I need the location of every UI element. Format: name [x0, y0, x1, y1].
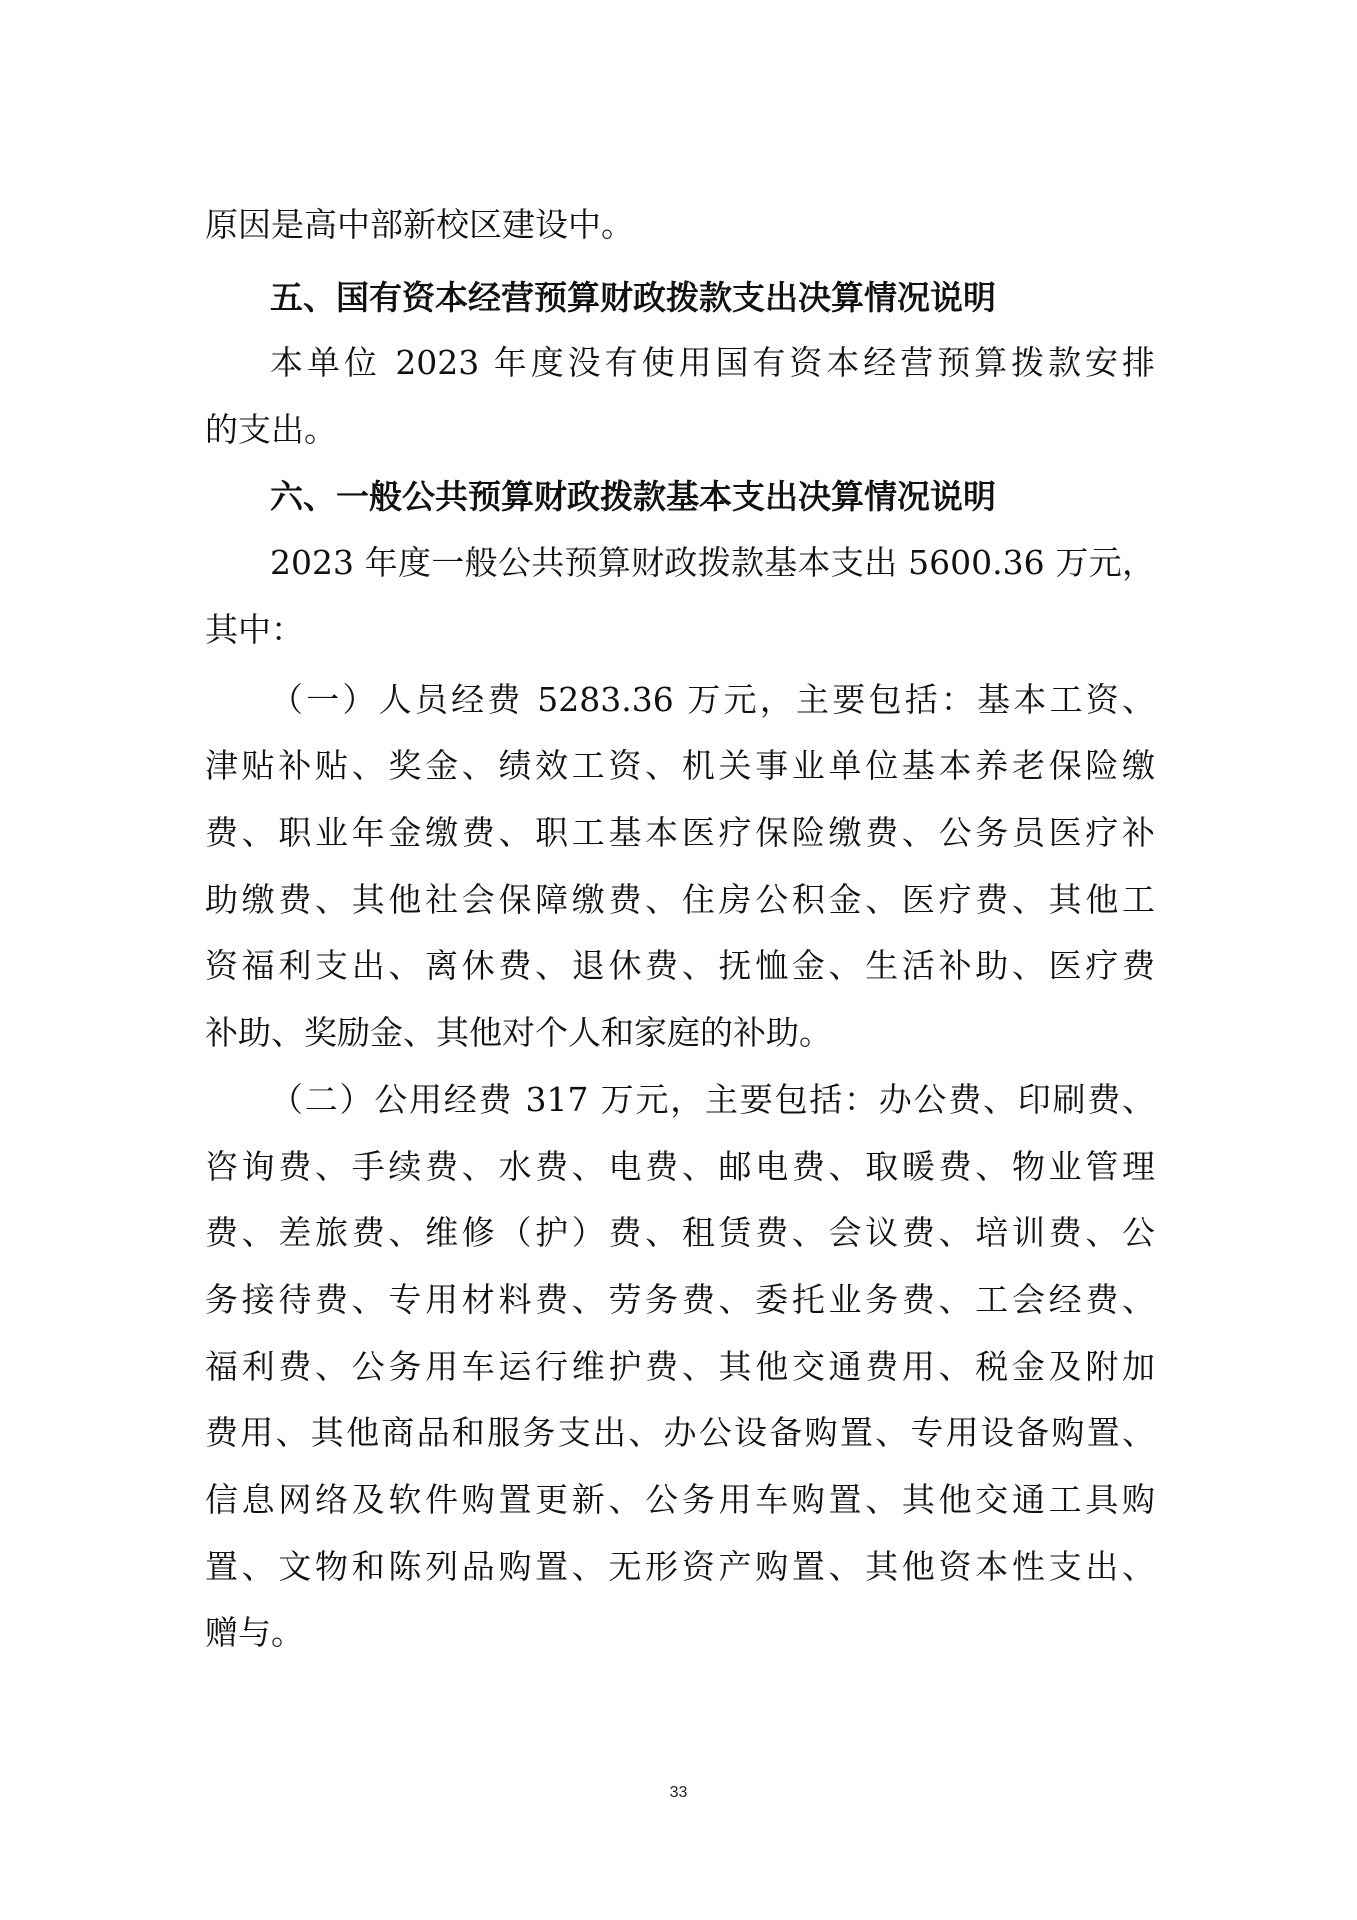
paragraph-line: 2023 年度一般公共预算财政拨款基本支出 5600.36 万元， — [270, 541, 1155, 585]
paragraph-line-personnel-expenses: （一）人员经费 5283.36 万元，主要包括：基本工资、 — [270, 678, 1155, 722]
document-page: 原因是高中部新校区建设中。 五、国有资本经营预算财政拨款支出决算情况说明 本单位… — [0, 0, 1357, 1920]
section-heading-5: 五、国有资本经营预算财政拨款支出决算情况说明 — [270, 276, 1080, 320]
paragraph-line: 信息网络及软件购置更新、公务用车购置、其他交通工具购 — [205, 1478, 1155, 1522]
paragraph-line: 务接待费、专用材料费、劳务费、委托业务费、工会经费、 — [205, 1278, 1155, 1322]
page-number: 33 — [0, 1784, 1357, 1802]
paragraph-line-public-expenses: （二）公用经费 317 万元，主要包括：办公费、印刷费、 — [270, 1078, 1155, 1122]
paragraph-line: 赠与。 — [205, 1611, 1155, 1655]
paragraph-line: 置、文物和陈列品购置、无形资产购置、其他资本性支出、 — [205, 1545, 1155, 1589]
section-heading-6: 六、一般公共预算财政拨款基本支出决算情况说明 — [270, 475, 1080, 519]
paragraph-line: 费、差旅费、维修（护）费、租赁费、会议费、培训费、公 — [205, 1211, 1155, 1255]
paragraph-line: 其中： — [205, 608, 1155, 652]
paragraph-line: 资福利支出、离休费、退休费、抚恤金、生活补助、医疗费 — [205, 944, 1155, 988]
paragraph-line: 助缴费、其他社会保障缴费、住房公积金、医疗费、其他工 — [205, 878, 1155, 922]
paragraph-line: 费、职业年金缴费、职工基本医疗保险缴费、公务员医疗补 — [205, 811, 1155, 855]
paragraph-line: 本单位 2023 年度没有使用国有资本经营预算拨款安排 — [270, 341, 1155, 385]
paragraph-line: 津贴补贴、奖金、绩效工资、机关事业单位基本养老保险缴 — [205, 744, 1155, 788]
paragraph-line: 补助、奖励金、其他对个人和家庭的补助。 — [205, 1011, 1155, 1055]
paragraph-line: 费用、其他商品和服务支出、办公设备购置、专用设备购置、 — [205, 1411, 1155, 1455]
paragraph-line: 咨询费、手续费、水费、电费、邮电费、取暖费、物业管理 — [205, 1145, 1155, 1189]
paragraph-line: 原因是高中部新校区建设中。 — [205, 203, 1155, 247]
paragraph-line: 的支出。 — [205, 408, 1155, 452]
paragraph-line: 福利费、公务用车运行维护费、其他交通费用、税金及附加 — [205, 1345, 1155, 1389]
